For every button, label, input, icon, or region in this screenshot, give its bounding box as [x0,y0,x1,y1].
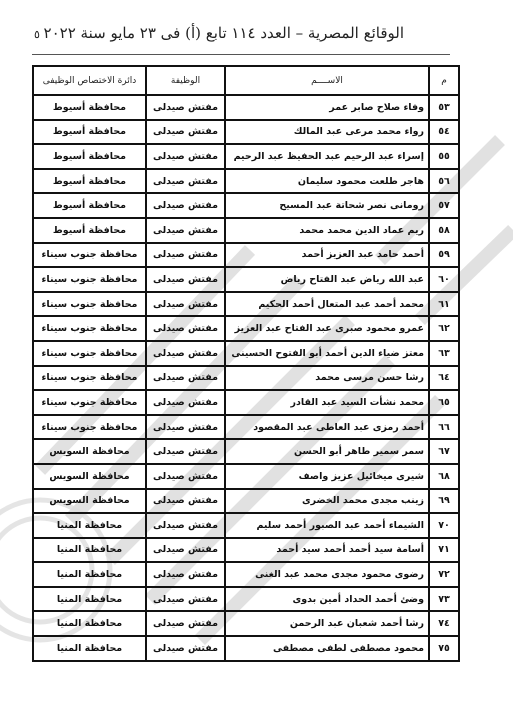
jurisdiction: محافظة جنوب سيناء [33,292,146,317]
table-row: ٦٧سمر سمير طاهر أبو الحسنمفتش صيدلىمحافظ… [33,439,459,464]
jurisdiction: محافظة أسيوط [33,95,146,120]
table-row: ٦٦أحمد رمزى عبد العاطى عبد المقصودمفتش ص… [33,415,459,440]
employee-name: زينب مجدى محمد الخضرى [225,489,429,514]
job-title: مفتش صيدلى [146,193,225,218]
table-body: ٥٣وفاء صلاح صابر عمرمفتش صيدلىمحافظة أسي… [33,95,459,661]
job-title: مفتش صيدلى [146,415,225,440]
row-number: ٦٤ [429,366,459,391]
jurisdiction: محافظة أسيوط [33,169,146,194]
jurisdiction: محافظة السويس [33,439,146,464]
job-title: مفتش صيدلى [146,562,225,587]
employee-name: الشيماء أحمد عبد الصبور أحمد سليم [225,513,429,538]
row-number: ٧٠ [429,513,459,538]
page-header: الوقائع المصرية – العدد ١١٤ تابع (أ) فى … [32,22,450,48]
employee-name: عمرو محمود صبرى عبد الفتاح عبد العزيز [225,316,429,341]
jurisdiction: محافظة أسيوط [33,120,146,145]
jurisdiction: محافظة المنيا [33,513,146,538]
job-title: مفتش صيدلى [146,243,225,268]
jurisdiction: محافظة جنوب سيناء [33,390,146,415]
employee-name: رومانى نصر شحاتة عبد المسيح [225,193,429,218]
table-row: ٥٨ريم عماد الدين محمد محمدمفتش صيدلىمحاف… [33,218,459,243]
table-row: ٧٢رضوى محمود مجدى محمد عبد الغنىمفتش صيد… [33,562,459,587]
job-title: مفتش صيدلى [146,513,225,538]
column-header-name: الاســــم [225,66,429,95]
jurisdiction: محافظة أسيوط [33,218,146,243]
row-number: ٧٤ [429,611,459,636]
row-number: ٦١ [429,292,459,317]
row-number: ٥٦ [429,169,459,194]
table-row: ٥٩أحمد حامد عبد العزيز أحمدمفتش صيدلىمحا… [33,243,459,268]
employee-name: عبد الله رياض عبد الفتاح رياض [225,267,429,292]
employee-name: رشا أحمد شعبان عبد الرحمن [225,611,429,636]
table-row: ٦٥محمد نشأت السيد عبد القادرمفتش صيدلىمح… [33,390,459,415]
header-divider [32,54,450,55]
employee-name: أحمد رمزى عبد العاطى عبد المقصود [225,415,429,440]
job-title: مفتش صيدلى [146,218,225,243]
row-number: ٦٩ [429,489,459,514]
table-row: ٥٥إسراء عبد الرحيم عبد الحفيظ عبد الرحيم… [33,144,459,169]
row-number: ٥٨ [429,218,459,243]
employee-name: وضئ أحمد الحداد أمين بدوى [225,587,429,612]
job-title: مفتش صيدلى [146,390,225,415]
jurisdiction: محافظة جنوب سيناء [33,316,146,341]
jurisdiction: محافظة المنيا [33,636,146,661]
employee-name: أسامة سيد أحمد أحمد سيد أحمد [225,538,429,563]
row-number: ٦٧ [429,439,459,464]
job-title: مفتش صيدلى [146,292,225,317]
row-number: ٥٣ [429,95,459,120]
row-number: ٦٢ [429,316,459,341]
row-number: ٦٠ [429,267,459,292]
jurisdiction: محافظة جنوب سيناء [33,341,146,366]
jurisdiction: محافظة السويس [33,464,146,489]
table-row: ٥٦هاجر طلعت محمود سليمانمفتش صيدلىمحافظة… [33,169,459,194]
job-title: مفتش صيدلى [146,464,225,489]
employee-name: محمد أحمد عبد المتعال أحمد الحكيم [225,292,429,317]
column-header-num: م [429,66,459,95]
job-title: مفتش صيدلى [146,120,225,145]
jurisdiction: محافظة السويس [33,489,146,514]
employee-name: رضوى محمود مجدى محمد عبد الغنى [225,562,429,587]
table-row: ٦٠عبد الله رياض عبد الفتاح رياضمفتش صيدل… [33,267,459,292]
table-row: ٧٣وضئ أحمد الحداد أمين بدوىمفتش صيدلىمحا… [33,587,459,612]
employee-name: معتز ضياء الدين أحمد أبو الفتوح الحسينى [225,341,429,366]
table-row: ٦٤رشا حسن مرسى محمدمفتش صيدلىمحافظة جنوب… [33,366,459,391]
job-title: مفتش صيدلى [146,366,225,391]
employee-name: رشا حسن مرسى محمد [225,366,429,391]
gazette-title: الوقائع المصرية – العدد ١١٤ تابع (أ) فى … [44,24,404,42]
employee-name: محمود مصطفى لطفى مصطفى [225,636,429,661]
employee-name: أحمد حامد عبد العزيز أحمد [225,243,429,268]
table-row: ٦٣معتز ضياء الدين أحمد أبو الفتوح الحسين… [33,341,459,366]
jurisdiction: محافظة جنوب سيناء [33,267,146,292]
table-row: ٦١محمد أحمد عبد المتعال أحمد الحكيممفتش … [33,292,459,317]
job-title: مفتش صيدلى [146,341,225,366]
employee-name: إسراء عبد الرحيم عبد الحفيظ عبد الرحيم [225,144,429,169]
jurisdiction: محافظة المنيا [33,587,146,612]
table-row: ٦٩زينب مجدى محمد الخضرىمفتش صيدلىمحافظة … [33,489,459,514]
jurisdiction: محافظة المنيا [33,538,146,563]
inspectors-table: م الاســــم الوظيفة دائرة الاختصاص الوظي… [32,65,460,662]
row-number: ٦٦ [429,415,459,440]
job-title: مفتش صيدلى [146,538,225,563]
jurisdiction: محافظة جنوب سيناء [33,415,146,440]
jurisdiction: محافظة جنوب سيناء [33,366,146,391]
job-title: مفتش صيدلى [146,95,225,120]
row-number: ٧٣ [429,587,459,612]
job-title: مفتش صيدلى [146,587,225,612]
job-title: مفتش صيدلى [146,169,225,194]
job-title: مفتش صيدلى [146,316,225,341]
jurisdiction: محافظة أسيوط [33,193,146,218]
jurisdiction: محافظة أسيوط [33,144,146,169]
table-row: ٧٠الشيماء أحمد عبد الصبور أحمد سليممفتش … [33,513,459,538]
row-number: ٧١ [429,538,459,563]
row-number: ٥٩ [429,243,459,268]
job-title: مفتش صيدلى [146,144,225,169]
employee-name: هاجر طلعت محمود سليمان [225,169,429,194]
employee-name: سمر سمير طاهر أبو الحسن [225,439,429,464]
row-number: ٥٧ [429,193,459,218]
table-row: ٦٨شيرى ميخائيل عزيز واصفمفتش صيدلىمحافظة… [33,464,459,489]
row-number: ٥٤ [429,120,459,145]
table-row: ٧٥محمود مصطفى لطفى مصطفىمفتش صيدلىمحافظة… [33,636,459,661]
employee-name: محمد نشأت السيد عبد القادر [225,390,429,415]
job-title: مفتش صيدلى [146,439,225,464]
job-title: مفتش صيدلى [146,267,225,292]
jurisdiction: محافظة المنيا [33,611,146,636]
employee-name: وفاء صلاح صابر عمر [225,95,429,120]
row-number: ٦٨ [429,464,459,489]
job-title: مفتش صيدلى [146,636,225,661]
table-row: ٥٣وفاء صلاح صابر عمرمفتش صيدلىمحافظة أسي… [33,95,459,120]
page-number: ٥ [34,28,40,41]
row-number: ٦٣ [429,341,459,366]
employee-name: رواء محمد مرعى عبد المالك [225,120,429,145]
row-number: ٧٢ [429,562,459,587]
job-title: مفتش صيدلى [146,611,225,636]
job-title: مفتش صيدلى [146,489,225,514]
jurisdiction: محافظة المنيا [33,562,146,587]
table-row: ٥٧رومانى نصر شحاتة عبد المسيحمفتش صيدلىم… [33,193,459,218]
row-number: ٧٥ [429,636,459,661]
column-header-dept: دائرة الاختصاص الوظيفى [33,66,146,95]
table-header-row: م الاســــم الوظيفة دائرة الاختصاص الوظي… [33,66,459,95]
table-row: ٧٤رشا أحمد شعبان عبد الرحمنمفتش صيدلىمحا… [33,611,459,636]
row-number: ٥٥ [429,144,459,169]
row-number: ٦٥ [429,390,459,415]
employee-name: شيرى ميخائيل عزيز واصف [225,464,429,489]
table-row: ٧١أسامة سيد أحمد أحمد سيد أحمدمفتش صيدلى… [33,538,459,563]
employee-name: ريم عماد الدين محمد محمد [225,218,429,243]
table-row: ٥٤رواء محمد مرعى عبد المالكمفتش صيدلىمحا… [33,120,459,145]
column-header-job: الوظيفة [146,66,225,95]
table-row: ٦٢عمرو محمود صبرى عبد الفتاح عبد العزيزم… [33,316,459,341]
jurisdiction: محافظة جنوب سيناء [33,243,146,268]
